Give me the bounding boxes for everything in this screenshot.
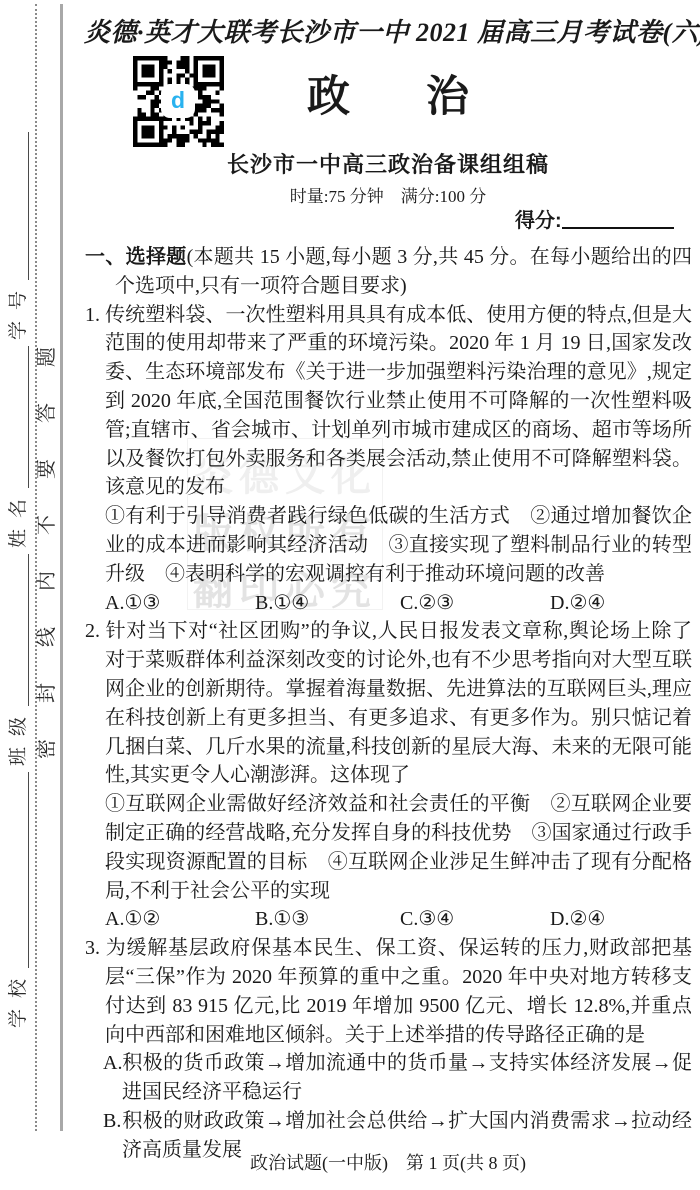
option-a: A.①③ — [105, 589, 255, 618]
paper-subtitle: 长沙市一中高三政治备课组组稿 — [84, 148, 692, 179]
question-1-subitems: ①有利于引导消费者践行绿色低碳的生活方式 ②通过增加餐饮企业的成本进而影响其经济… — [85, 502, 692, 588]
question-2: 2.针对当下对“社区团购”的争议,人民日报发表文章称,舆论场上除了对于菜贩群体利… — [85, 617, 692, 934]
score-label: 得分: — [515, 210, 562, 232]
question-1-stem: 1.传统塑料袋、一次性塑料用具具有成本低、使用方便的特点,但是大范围的使用却带来… — [85, 301, 692, 503]
option-a: A.①② — [105, 905, 255, 934]
student-info-fields: 学校 班级 姓名 学号 — [2, 5, 30, 1131]
question-3-option-b: B.积极的财政政策→增加社会总供给→扩大国内消费需求→拉动经济高质量发展 — [103, 1107, 692, 1165]
exam-page: 学校 班级 姓名 学号 密封线内不要答题 炎德·英才大联考长沙市一中 2021 … — [0, 0, 700, 1190]
field-label-name: 姓名 — [3, 488, 30, 548]
question-3: 3.为缓解基层政府保基本民生、保工资、保运转的压力,财政部把基层“三保”作为 2… — [85, 934, 692, 1164]
question-2-number: 2. — [85, 617, 105, 646]
question-1-number: 1. — [85, 301, 105, 330]
question-1-text: 传统塑料袋、一次性塑料用具具有成本低、使用方便的特点,但是大范围的使用却带来了严… — [105, 304, 692, 499]
field-label-class: 班级 — [3, 706, 30, 766]
score-field: 得分: — [515, 204, 674, 233]
option-c: C.③④ — [400, 905, 550, 934]
section-title: 一、选择题 — [85, 246, 187, 268]
option-c: C.②③ — [400, 589, 550, 618]
question-3-number: 3. — [85, 934, 105, 963]
question-2-subitems: ①互联网企业需做好经济效益和社会责任的平衡 ②互联网企业要制定正确的经营战略,充… — [85, 790, 692, 905]
option-b: B.①④ — [255, 589, 400, 618]
option-d: D.②④ — [550, 589, 605, 618]
exam-title: 炎德·英才大联考长沙市一中 2021 届高三月考试卷(六) — [84, 12, 692, 49]
option-d: D.②④ — [550, 905, 605, 934]
section-description: (本题共 15 小题,每小题 3 分,共 45 分。在每小题给出的四个选项中,只… — [115, 246, 692, 297]
score-blank-line — [562, 207, 674, 229]
question-1: 1.传统塑料袋、一次性塑料用具具有成本低、使用方便的特点,但是大范围的使用却带来… — [85, 301, 692, 618]
question-3-text: 为缓解基层政府保基本民生、保工资、保运转的压力,财政部把基层“三保”作为 202… — [105, 937, 692, 1045]
student-number-blank-line — [12, 132, 29, 280]
school-blank-line — [12, 772, 29, 968]
question-1-options: A.①③ B.①④ C.②③ D.②④ — [105, 589, 692, 618]
question-3-stem: 3.为缓解基层政府保基本民生、保工资、保运转的压力,财政部把基层“三保”作为 2… — [85, 934, 692, 1049]
subject-title: 政治 — [84, 74, 692, 120]
question-2-stem: 2.针对当下对“社区团购”的争议,人民日报发表文章称,舆论场上除了对于菜贩群体利… — [85, 617, 692, 790]
question-3-option-a: A.积极的货币政策→增加流通中的货币量→支持实体经济发展→促进国民经济平稳运行 — [103, 1049, 692, 1107]
seal-line-text: 密封线内不要答题 — [33, 5, 61, 1131]
section-heading: 一、选择题(本题共 15 小题,每小题 3 分,共 45 分。在每小题给出的四个… — [85, 243, 692, 301]
option-b: B.①③ — [255, 905, 400, 934]
exam-body: 一、选择题(本题共 15 小题,每小题 3 分,共 45 分。在每小题给出的四个… — [85, 243, 692, 1165]
name-blank-line — [12, 346, 29, 488]
field-label-school: 学校 — [3, 968, 30, 1028]
question-2-text: 针对当下对“社区团购”的争议,人民日报发表文章称,舆论场上除了对于菜贩群体利益深… — [105, 620, 692, 786]
question-2-options: A.①② B.①③ C.③④ D.②④ — [105, 905, 692, 934]
field-label-student-number: 学号 — [3, 280, 30, 340]
class-blank-line — [12, 554, 29, 706]
